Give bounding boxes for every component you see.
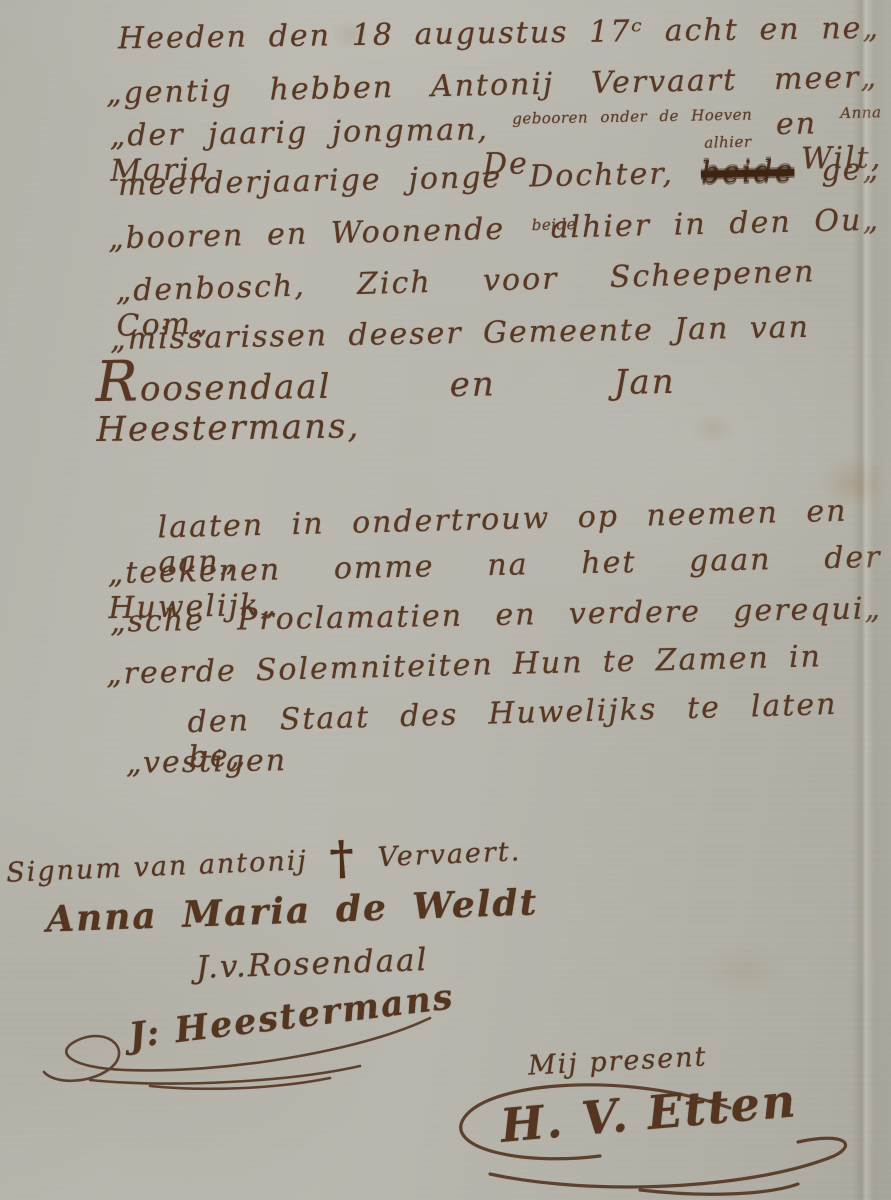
foxing-stain: [700, 940, 790, 1000]
line-text: oosendaal en Jan Heestermans,: [96, 362, 676, 450]
interlinear-insertion-beide: beide: [532, 215, 577, 234]
manuscript-line-witness-names: Roosendaal en Jan Heestermans,: [95, 362, 676, 450]
manuscript-line-date: Heeden den 18 augustus 17ᶜ acht en ne„: [118, 11, 880, 57]
line-text: alhier in den Ou„: [550, 203, 880, 246]
struck-through-word: beide: [701, 154, 795, 191]
manuscript-line-banns-6: „vestigen: [126, 742, 347, 781]
manuscript-line-residence: „booren en Woonende beide alhier in den …: [108, 203, 881, 257]
manuscript-page: Heeden den 18 augustus 17ᶜ acht en ne„ „…: [0, 0, 891, 1200]
cross-mark: †: [329, 844, 356, 873]
present-label: Mij present: [527, 1041, 708, 1081]
interlinear-insertion-anna: Anna: [840, 103, 881, 122]
correction-stack: alhierbeide: [701, 154, 795, 191]
interlinear-insertion-alhier: alhier: [704, 133, 752, 152]
manuscript-line-groom: „gentig hebben Antonij Vervaart meer„: [106, 60, 879, 111]
line-text: „booren en Woonende: [108, 212, 506, 257]
line-text: ge„: [821, 152, 880, 188]
signum-text: Signum van antonij: [6, 845, 309, 889]
line-text: en: [776, 106, 818, 142]
signum-line: Signum van antonij†Vervaert.: [5, 831, 521, 889]
bride-signature: Anna Maria de Weldt: [45, 881, 538, 940]
interlinear-insertion-birthplace: gebooren onder de Hoeven: [512, 106, 752, 128]
manuscript-line-banns-4: „reerde Solemniteiten Hun te Zamen in: [106, 639, 823, 691]
witness2-signature: J: Heestermans: [127, 976, 457, 1057]
signum-surname: Vervaert.: [377, 836, 522, 873]
foxing-stain: [690, 412, 736, 446]
secretary-signature: H. V. Etten: [498, 1073, 799, 1153]
witness1-signature: J.v.Rosendaal: [195, 942, 429, 986]
flourished-capital: R: [95, 349, 140, 415]
